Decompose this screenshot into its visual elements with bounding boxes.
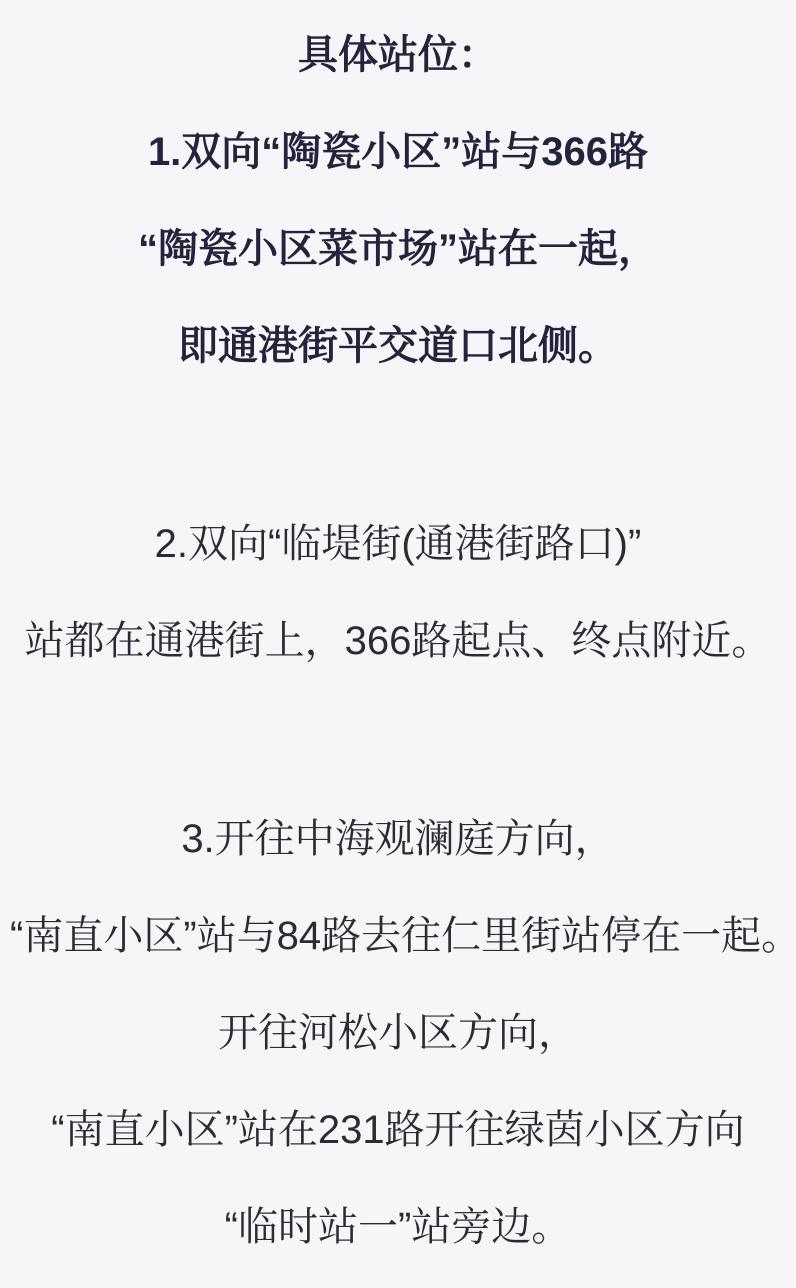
section2-line-1: 2.双向“临堤街(通港街路口)”: [10, 520, 786, 568]
section2-line-2: 站都在通港街上，366路起点、终点附近。: [10, 617, 786, 665]
section1-line-1: 1.双向“陶瓷小区”站与366路: [10, 128, 786, 176]
section3-line-2: “南直小区”站与84路去往仁里街站停在一起。: [10, 912, 786, 960]
section3-line-3: 开往河松小区方向，: [10, 1009, 786, 1057]
transit-notice-document: 具体站位： 1.双向“陶瓷小区”站与366路 “陶瓷小区菜市场”站在一起， 即通…: [0, 0, 796, 1288]
section1-line-2: “陶瓷小区菜市场”站在一起，: [10, 225, 786, 273]
page-title: 具体站位：: [10, 31, 786, 79]
section3-line-5: “临时站一”站旁边。: [10, 1203, 786, 1251]
section3-line-1: 3.开往中海观澜庭方向，: [10, 815, 786, 863]
section3-line-4: “南直小区”站在231路开往绿茵小区方向: [10, 1106, 786, 1154]
section1-line-3: 即通港街平交道口北侧。: [10, 322, 786, 370]
